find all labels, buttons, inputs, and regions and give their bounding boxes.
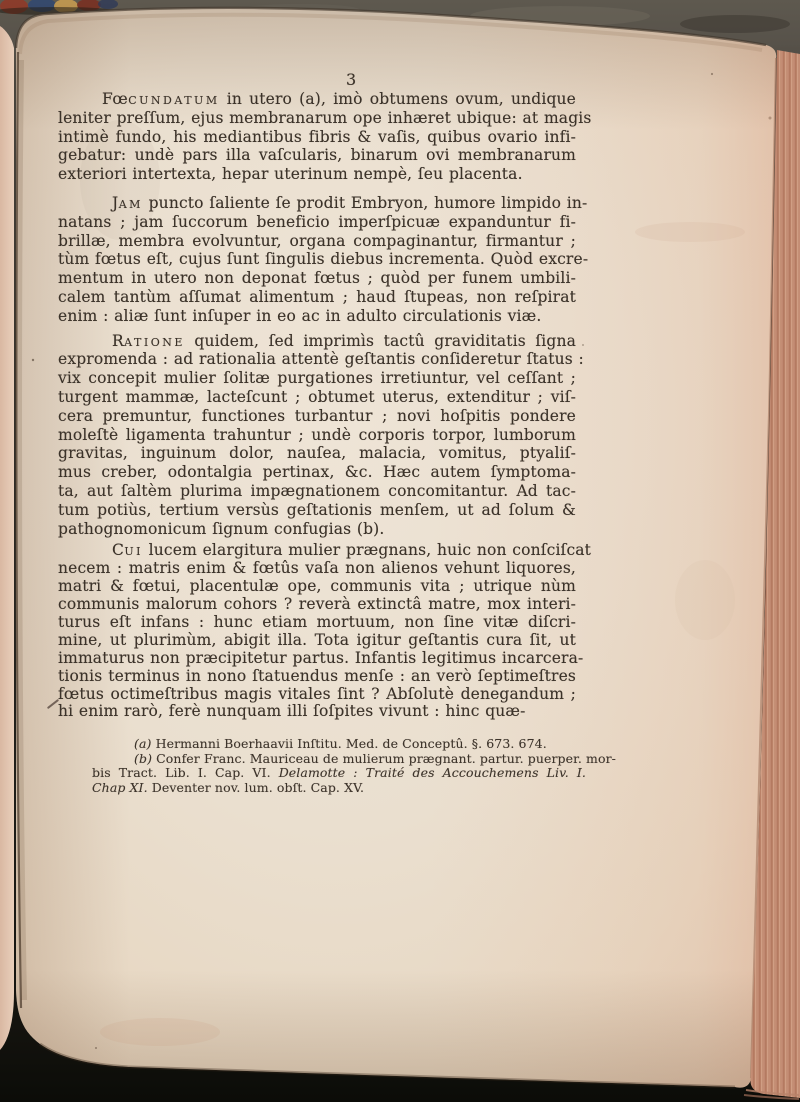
facing-page-sliver bbox=[0, 26, 14, 1050]
small-caps-word: cundatum bbox=[128, 90, 219, 108]
small-caps-word: ui bbox=[124, 541, 143, 559]
first-line-text: quidem, ſed imprimìs tactû graviditatis … bbox=[185, 332, 576, 350]
small-caps-word: atione bbox=[124, 332, 185, 350]
paragraph: Cui lucem elargitura mulier prægnans, hu… bbox=[58, 542, 576, 721]
text-line: gebatur: undè pars illa vaſcularis, bina… bbox=[58, 146, 576, 165]
drop-initial: R bbox=[112, 332, 124, 350]
paragraph-lines: expromenda : ad rationalia attentè geſta… bbox=[58, 350, 576, 538]
footnote-line: (b) Confer Franc. Mauriceau de mulierum … bbox=[92, 752, 586, 767]
footnote-line: Chap XI. Deventer nov. lum. obſt. Cap. X… bbox=[92, 781, 586, 796]
footnote-line: (a) Hermanni Boerhaavii Inſtitu. Med. de… bbox=[92, 737, 586, 752]
text-line: mentum in utero non deponat fœtus ; quòd… bbox=[58, 269, 576, 288]
paragraph: Jam puncto ſaliente ſe prodit Embryon, h… bbox=[58, 194, 576, 326]
italic-text: Delamotte : Traité des Accouchemens Liv.… bbox=[279, 765, 586, 780]
text-line: mus creber, odontalgia pertinax, &c. Hæc… bbox=[58, 463, 576, 482]
drop-initial: J bbox=[112, 194, 119, 212]
text-line: mine, ut plurimùm, abigit illa. Tota igi… bbox=[58, 632, 576, 650]
first-line-text: puncto ſaliente ſe prodit Embryon, humor… bbox=[143, 194, 587, 212]
text-line: brillæ, membra evolvuntur, organa compag… bbox=[58, 232, 576, 251]
text-line: matri & fœtui, placentulæ ope, communis … bbox=[58, 578, 576, 596]
text-line: immaturus non præcipitetur partus. Infan… bbox=[58, 650, 576, 668]
footnote-line: bis Tract. Lib. I. Cap. VI. Delamotte : … bbox=[92, 766, 586, 781]
footnote-text: Confer Franc. Mauriceau de mulierum præg… bbox=[152, 751, 616, 766]
text-line: gravitas, inguinum dolor, nauſea, malaci… bbox=[58, 444, 576, 463]
text-line: calem tantùm aſſumat alimentum ; haud ſt… bbox=[58, 288, 576, 307]
text-line: natans ; jam ſuccorum beneficio imperſpi… bbox=[58, 213, 576, 232]
text-line: Cui lucem elargitura mulier prægnans, hu… bbox=[58, 542, 576, 560]
footnote-text: Deventer nov. lum. obſt. Cap. XV. bbox=[148, 780, 364, 795]
text-block: Fœcundatum in utero (a), imò obtumens ov… bbox=[58, 90, 576, 721]
text-line: Jam puncto ſaliente ſe prodit Embryon, h… bbox=[58, 194, 576, 213]
paragraph-lines: necem : matris enim & fœtûs vaſa non ali… bbox=[58, 560, 576, 721]
text-line: expromenda : ad rationalia attentè geſta… bbox=[58, 350, 576, 369]
footnotes: (a) Hermanni Boerhaavii Inſtitu. Med. de… bbox=[92, 737, 586, 795]
footnote-text: bis Tract. Lib. I. Cap. VI. bbox=[92, 765, 279, 780]
text-line: fœtus octimeſtribus magis vitales ſint ?… bbox=[58, 686, 576, 704]
text-line: Ratione quidem, ſed imprimìs tactû gravi… bbox=[58, 332, 576, 351]
text-line: intimè fundo, his mediantibus fibris & v… bbox=[58, 128, 576, 147]
text-line: tionis terminus in nono ſtatuendus menſe… bbox=[58, 668, 576, 686]
italic-text: Chap XI. bbox=[92, 780, 148, 795]
text-line: communis malorum cohors ? reverà extinct… bbox=[58, 596, 576, 614]
paragraph-lines: leniter preſſum, ejus membranarum ope in… bbox=[58, 109, 576, 184]
first-line-text: lucem elargitura mulier prægnans, huic n… bbox=[143, 541, 591, 559]
text-line: Fœcundatum in utero (a), imò obtumens ov… bbox=[58, 90, 576, 109]
italic-text: (a) bbox=[134, 736, 152, 751]
italic-text: (b) bbox=[134, 751, 152, 766]
text-line: hi enim rarò, ferè nunquam illi ſoſpites… bbox=[58, 703, 576, 721]
footnote-text: Hermanni Boerhaavii Inſtitu. Med. de Con… bbox=[152, 736, 547, 751]
text-line: pathognomonicum ſignum confugias (b). bbox=[58, 520, 576, 539]
text-line: enim : aliæ ſunt inſuper in eo ac in adu… bbox=[58, 307, 576, 326]
first-line-text: in utero (a), imò obtumens ovum, undique bbox=[220, 90, 576, 108]
text-line: moleſtè ligamenta trahuntur ; undè corpo… bbox=[58, 426, 576, 445]
text-line: ta, aut ſaltèm plurima impægnationem con… bbox=[58, 482, 576, 501]
text-line: necem : matris enim & fœtûs vaſa non ali… bbox=[58, 560, 576, 578]
paragraph-lines: natans ; jam ſuccorum beneficio imperſpi… bbox=[58, 213, 576, 326]
paragraph: Fœcundatum in utero (a), imò obtumens ov… bbox=[58, 90, 576, 184]
text-line: vix concepit mulier ſolitæ purgationes i… bbox=[58, 369, 576, 388]
text-line: exteriori intertexta, hepar uterinum nem… bbox=[58, 165, 576, 184]
text-line: tùm fœtus eſt, cujus ſunt ſingulis diebu… bbox=[58, 250, 576, 269]
paragraph: Ratione quidem, ſed imprimìs tactû gravi… bbox=[58, 332, 576, 539]
page-number: 3 bbox=[346, 70, 356, 89]
text-line: leniter preſſum, ejus membranarum ope in… bbox=[58, 109, 576, 128]
drop-initial: Fœ bbox=[102, 90, 128, 108]
text-line: turgent mammæ, lacteſcunt ; obtumet uter… bbox=[58, 388, 576, 407]
text-line: turus eſt infans : hunc etiam mortuum, n… bbox=[58, 614, 576, 632]
drop-initial: C bbox=[112, 541, 124, 559]
book-page-photo: 3 Fœcundatum in utero (a), imò obtumens … bbox=[0, 0, 800, 1102]
small-caps-word: am bbox=[119, 194, 143, 212]
text-line: cera premuntur, functiones turbantur ; n… bbox=[58, 407, 576, 426]
text-line: tum potiùs, tertium versùs geſtationis m… bbox=[58, 501, 576, 520]
